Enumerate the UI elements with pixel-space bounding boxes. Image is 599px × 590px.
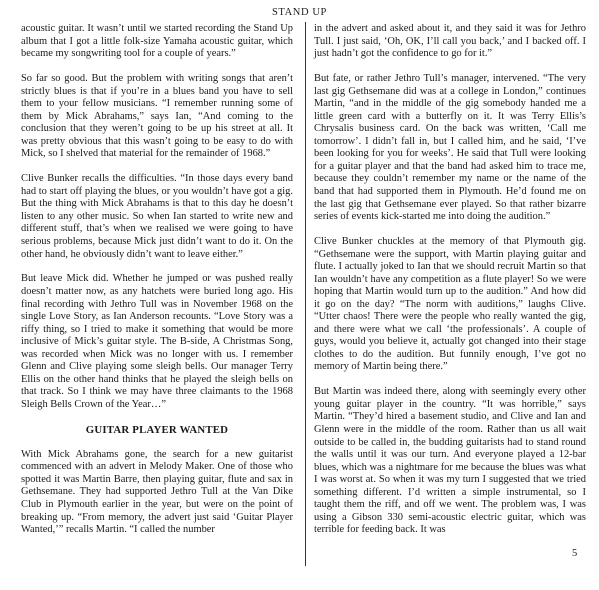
left-column: acoustic guitar. It wasn’t until we star…: [21, 23, 293, 537]
paragraph: But fate, or rather Jethro Tull’s manage…: [314, 73, 586, 224]
section-heading: GUITAR PLAYER WANTED: [21, 424, 293, 437]
paragraph: Clive Bunker chuckles at the memory of t…: [314, 236, 586, 374]
column-divider: [305, 22, 306, 566]
paragraph: But Martin was indeed there, along with …: [314, 386, 586, 537]
paragraph: acoustic guitar. It wasn’t until we star…: [21, 23, 293, 61]
paragraph: So far so good. But the problem with wri…: [21, 73, 293, 161]
paragraph: in the advert and asked about it, and th…: [314, 23, 586, 61]
paragraph: Clive Bunker recalls the difficulties. “…: [21, 173, 293, 261]
page-number: 5: [572, 548, 577, 559]
paragraph: With Mick Abrahams gone, the search for …: [21, 449, 293, 537]
paragraph: But leave Mick did. Whether he jumped or…: [21, 273, 293, 411]
right-column: in the advert and asked about it, and th…: [314, 23, 586, 537]
running-head: STAND UP: [0, 7, 599, 18]
